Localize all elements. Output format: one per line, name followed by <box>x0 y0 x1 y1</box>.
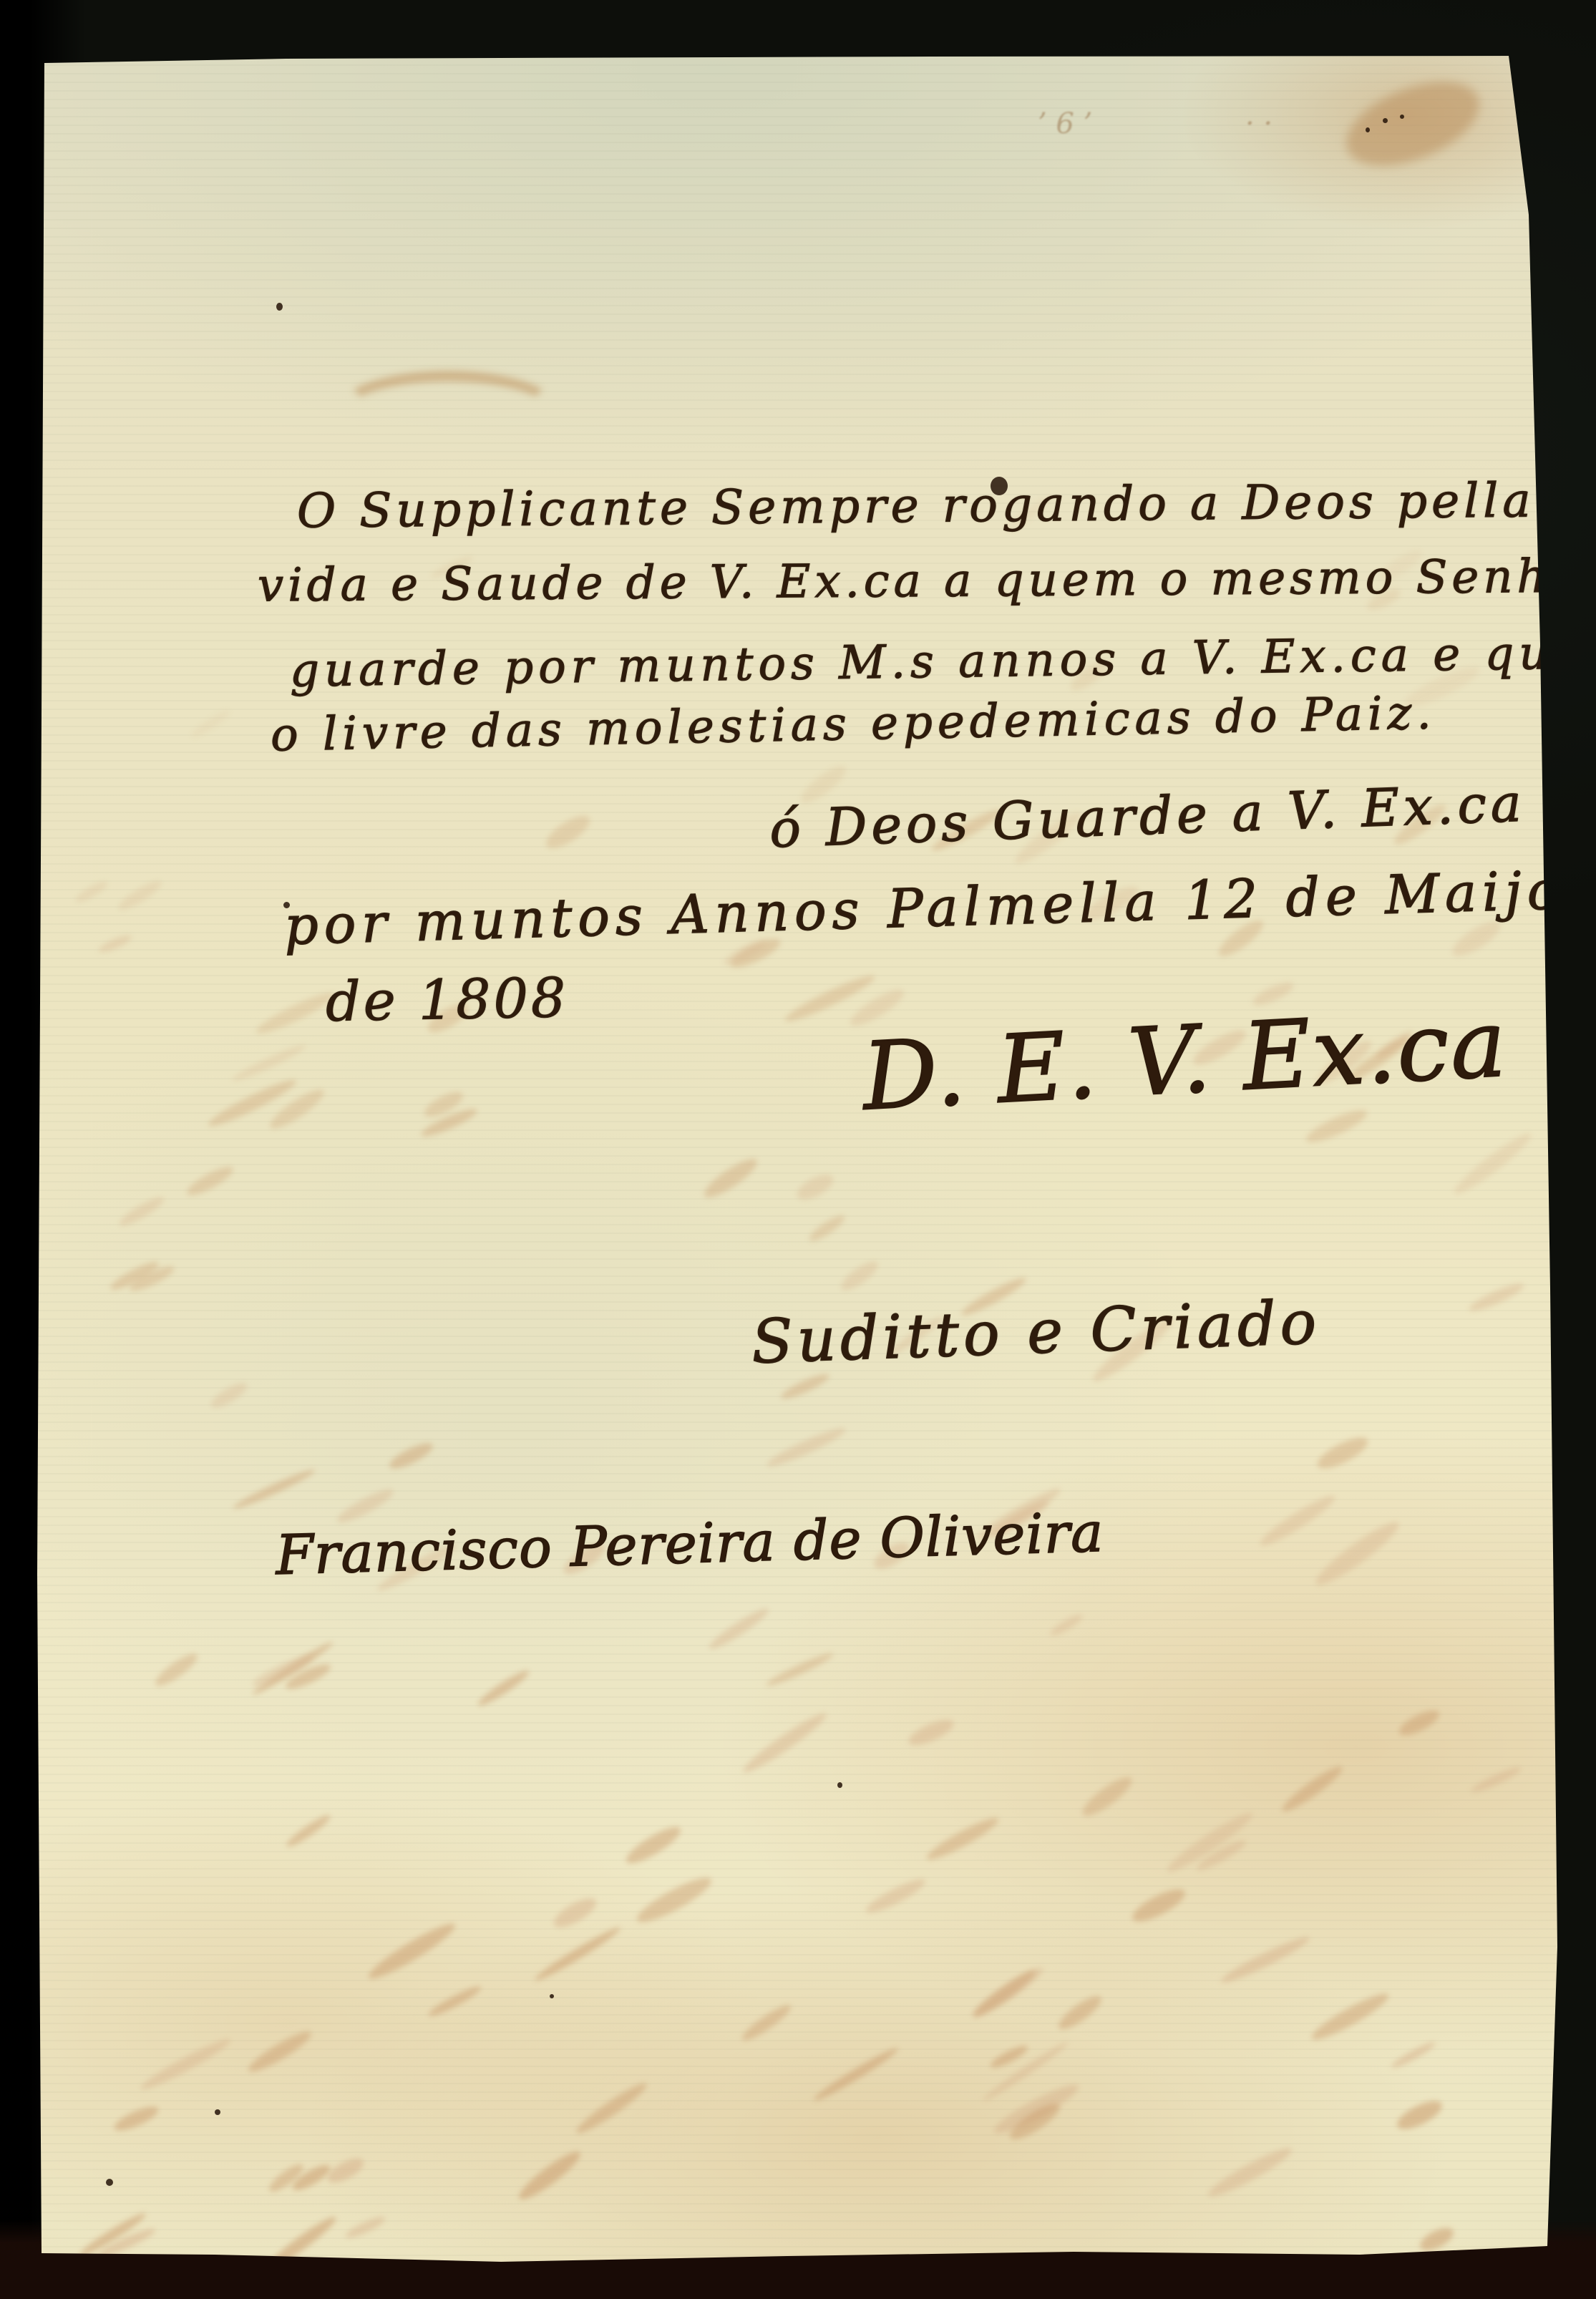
ink-specks <box>0 0 1596 2299</box>
stain-mark <box>990 2079 1083 2140</box>
stain-mark <box>253 987 338 1039</box>
stain-mark <box>266 2160 307 2196</box>
stain-mark <box>1303 1104 1371 1147</box>
stain-mark <box>739 1708 830 1777</box>
stain-mark <box>189 707 232 740</box>
stain-mark <box>988 2042 1030 2071</box>
stain-mark <box>475 1667 532 1710</box>
stain-mark <box>923 1813 1001 1865</box>
stain-mark <box>515 2146 585 2205</box>
stain-mark <box>573 2079 651 2139</box>
stain-mark <box>1308 1988 1392 2046</box>
stain-mark <box>782 971 878 1027</box>
stain-mark <box>386 1439 436 1473</box>
stain-mark <box>793 1170 837 1205</box>
stain-mark <box>764 1650 835 1689</box>
stain-mark <box>364 1918 459 1985</box>
stain-mark <box>837 1257 882 1296</box>
stain-mark <box>1393 2096 1446 2135</box>
stain-mark <box>344 2214 387 2242</box>
stain-mark <box>1396 1706 1442 1740</box>
stain-mark <box>905 1715 956 1750</box>
stain-mark <box>137 2034 233 2094</box>
stain-mark <box>205 1074 299 1132</box>
stain-mark <box>1310 1515 1404 1592</box>
stain-mark <box>1048 1612 1084 1639</box>
stain-mark <box>419 1104 480 1140</box>
stain-mark <box>107 1258 161 1294</box>
stain-mark <box>1417 2224 1457 2255</box>
stain-mark <box>117 1193 167 1230</box>
stain-mark <box>532 1923 623 1984</box>
stain-mark <box>981 2038 1071 2104</box>
stain-mark <box>1129 1883 1189 1927</box>
faint-top-mark: ’ 6 ’ <box>1038 107 1092 140</box>
stain-mark <box>969 1963 1047 2022</box>
faint-top-mark: · · <box>1245 107 1273 140</box>
stain-mark <box>115 876 165 914</box>
bleedthrough-stains <box>0 0 1596 2299</box>
stain-mark <box>764 1424 848 1472</box>
stain-mark <box>421 1087 466 1122</box>
stain-mark <box>284 1812 334 1850</box>
arc-smudge-stain <box>335 371 561 454</box>
manuscript-line-4: o livre das molestias epedemicas do Paiz… <box>270 686 1436 762</box>
stain-mark <box>706 1604 772 1653</box>
stain-mark <box>739 2001 794 2045</box>
stain-mark <box>230 1041 308 1084</box>
top-right-stain <box>1335 65 1491 183</box>
stain-mark <box>77 2210 149 2260</box>
stain-mark <box>127 1262 177 1295</box>
stain-mark <box>1390 2039 1438 2071</box>
stain-mark <box>1466 1279 1526 1315</box>
stain-mark <box>250 1651 317 1691</box>
manuscript-line-year: de 1808 <box>325 966 569 1034</box>
manuscript-page: ’ 6 ’ · · O Supplicante Sempre rogando a… <box>0 0 1596 2299</box>
ink-speck <box>276 303 283 311</box>
stain-mark <box>263 2212 340 2274</box>
stain-mark <box>1469 1764 1523 1795</box>
stain-mark <box>1054 1991 1105 2034</box>
stain-mark <box>970 1965 1039 2021</box>
stain-mark <box>283 1660 333 1693</box>
stain-mark <box>112 2102 161 2135</box>
stain-mark <box>1278 1761 1346 1816</box>
stain-mark <box>1163 1807 1257 1877</box>
manuscript-line-devexa: D. E. V. Ex.ca <box>860 989 1510 1132</box>
manuscript-line-closing: Suditto e Criado <box>751 1287 1322 1377</box>
stain-mark <box>863 1875 929 1918</box>
manuscript-line-deos-guarde: ó Deos Guarde a V. Ex.ca <box>769 773 1527 860</box>
stain-mark <box>700 1153 761 1203</box>
stain-mark <box>427 1983 484 2020</box>
ink-speck <box>106 2179 113 2186</box>
stain-mark <box>622 1822 684 1870</box>
ink-speck <box>215 2109 220 2115</box>
stain-mark <box>245 2026 315 2077</box>
stain-mark <box>231 1466 317 1512</box>
stain-mark <box>184 1162 236 1200</box>
stain-mark <box>807 1212 848 1245</box>
stain-mark <box>324 2154 367 2187</box>
stain-mark <box>812 2044 901 2104</box>
stain-mark <box>266 1084 328 1134</box>
stain-mark <box>633 1871 716 1929</box>
stain-mark <box>541 810 594 855</box>
signature-line: Francisco Pereira de Oliveira <box>275 1500 1104 1587</box>
stain-mark <box>96 2225 157 2260</box>
stain-mark <box>208 1379 250 1412</box>
manuscript-line-place-date: por muntos Annos Palmella 12 de Maijo <box>283 860 1565 957</box>
stain-mark <box>1006 2098 1064 2144</box>
stain-mark <box>1205 2142 1295 2202</box>
ink-speck <box>837 1782 842 1788</box>
stain-mark <box>1194 1836 1249 1874</box>
stain-mark <box>1313 1432 1371 1474</box>
stain-mark <box>1218 1932 1313 1987</box>
stain-mark <box>73 878 110 906</box>
stain-mark <box>97 932 134 955</box>
stain-mark <box>152 1649 201 1691</box>
stain-mark <box>550 1893 600 1933</box>
stain-mark <box>1449 1128 1535 1200</box>
manuscript-line-1: O Supplicante Sempre rogando a Deos pell… <box>297 472 1535 538</box>
stain-mark <box>289 2161 333 2194</box>
stain-mark <box>1078 1771 1137 1821</box>
stain-mark <box>1256 1490 1339 1551</box>
photo-background: ’ 6 ’ · · O Supplicante Sempre rogando a… <box>0 0 1596 2299</box>
manuscript-line-2: vida e Saude de V. Ex.ca a quem o mesmo … <box>258 550 1596 612</box>
stain-mark <box>250 1638 336 1698</box>
ink-speck <box>550 1994 554 1998</box>
